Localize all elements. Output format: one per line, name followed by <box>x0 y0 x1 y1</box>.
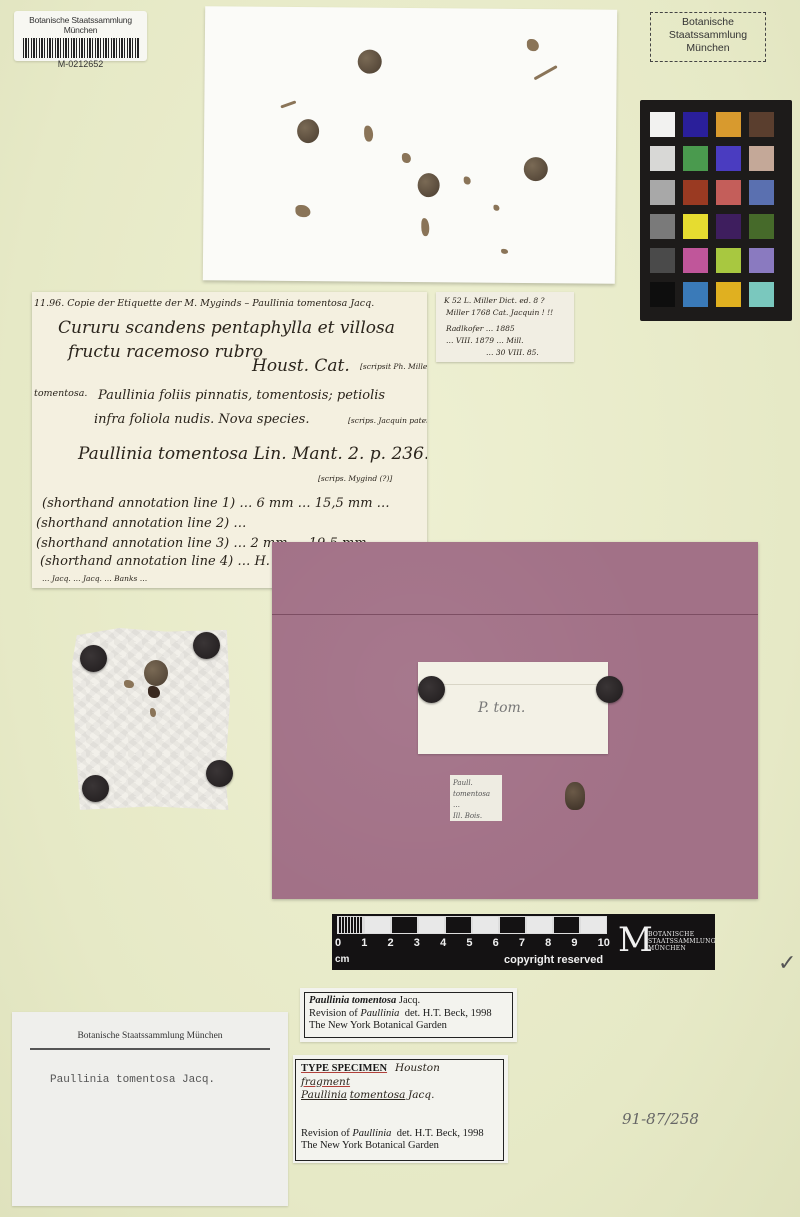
copyright-notice: copyright reserved <box>504 954 603 966</box>
color-calibration-chart <box>640 100 792 321</box>
tick-label: 7 <box>519 937 525 949</box>
mounting-dot <box>80 645 107 672</box>
tiny-label-line: … <box>453 800 499 811</box>
color-swatch <box>650 214 675 239</box>
color-swatch <box>716 146 741 171</box>
fragment <box>295 205 310 217</box>
color-swatch <box>683 146 708 171</box>
mounting-dot <box>418 676 445 703</box>
type-revision-line: Revision of Paullinia det. H.T. Beck, 19… <box>301 1128 498 1141</box>
label-line: tomentosa. <box>34 388 87 399</box>
mounting-dot <box>596 676 623 703</box>
fragment <box>150 708 156 717</box>
packet-annotation: P. tom. <box>478 700 525 716</box>
tick-label: 0 <box>335 937 341 949</box>
color-swatch <box>650 180 675 205</box>
tick-label: 1 <box>361 937 367 949</box>
label-line: … Jacq. … Jacq. … Banks … <box>42 574 147 583</box>
fragment-envelope: P. tom. Paull. tomentosa … Ill. Bois. <box>272 542 758 899</box>
catalog-number: M-0212652 <box>14 59 147 69</box>
fruit-specimen-card <box>203 6 617 284</box>
color-swatch <box>716 214 741 239</box>
det-revision-line: Revision of Paullinia det. H.T. Beck, 19… <box>309 1008 508 1021</box>
folded-paper-packet: P. tom. <box>418 662 608 754</box>
color-swatch <box>749 112 774 137</box>
tiny-label-line: Paull. tomentosa <box>453 778 499 800</box>
ruler-unit: cm <box>335 954 349 965</box>
label-line: [scrips. Mygind (?)] <box>318 474 392 483</box>
barcode-label: Botanische Staatssammlung München M-0212… <box>14 11 147 61</box>
mounting-dot <box>82 775 109 802</box>
small-handwritten-note: K 52 L. Miller Dict. ed. 8 ? Miller 1768… <box>436 292 574 362</box>
fragment <box>527 39 539 51</box>
bsm-taxon-name: Paullinia tomentosa Jacq. <box>50 1074 215 1086</box>
fruit <box>297 119 319 143</box>
color-swatch <box>650 282 675 307</box>
fragment <box>501 249 508 254</box>
twig-fragment <box>280 100 296 108</box>
type-specimen-label: TYPE SPECIMEN Houston fragment Paullinia… <box>293 1055 508 1163</box>
stamp-line: Staatssammlung <box>651 29 765 42</box>
fragment <box>124 680 134 688</box>
tiny-annotation-label: Paull. tomentosa … Ill. Bois. <box>450 775 502 821</box>
fragment <box>421 218 429 236</box>
label-line: Paullinia foliis pinnatis, tomentosis; p… <box>98 388 385 403</box>
color-swatch <box>650 112 675 137</box>
label-line: (shorthand annotation line 1) … 6 mm … 1… <box>42 496 390 511</box>
label-line: Cururu scandens pentaphylla et villosa <box>58 318 395 338</box>
note-line: K 52 L. Miller Dict. ed. 8 ? <box>444 296 545 305</box>
bsm-logo-text: BOTANISCHE STAATSSAMMLUNG MÜNCHEN <box>648 931 716 952</box>
bsm-herbarium-label: Botanische Staatssammlung München Paulli… <box>12 1012 288 1206</box>
color-swatch <box>650 248 675 273</box>
det-institution: The New York Botanical Garden <box>309 1020 508 1033</box>
fragment <box>402 153 411 163</box>
tiny-label-line: Ill. Bois. <box>453 811 499 822</box>
institution-stamp: Botanische Staatssammlung München <box>650 12 766 62</box>
label-line: [scripsit Ph. Miller] <box>360 362 427 371</box>
label-line: [scrips. Jacquin pater] <box>348 416 427 425</box>
fragment <box>493 205 499 211</box>
mounting-dot <box>206 760 233 787</box>
color-swatch <box>716 282 741 307</box>
color-swatch <box>716 180 741 205</box>
label-line: Houst. Cat. <box>252 356 350 376</box>
det-taxon-line: Paullinia tomentosa Jacq. <box>309 995 508 1008</box>
type-taxon-line: Paullinia tomentosa Jacq. <box>301 1089 498 1103</box>
barcode-icon <box>23 38 139 58</box>
color-swatch <box>749 214 774 239</box>
fruit <box>418 173 440 197</box>
twig-fragment <box>534 65 558 80</box>
tick-label: 9 <box>571 937 577 949</box>
color-swatch <box>749 248 774 273</box>
determination-label: Paullinia tomentosa Jacq. Revision of Pa… <box>300 988 517 1042</box>
fruit-fragment <box>144 660 168 686</box>
fragment <box>148 686 160 698</box>
tick-label: 6 <box>493 937 499 949</box>
ruler-blocks <box>337 916 607 934</box>
fruit <box>358 50 382 74</box>
label-line: 11.96. Copie der Etiquette der M. Mygind… <box>34 298 374 309</box>
color-swatch <box>716 248 741 273</box>
fragment <box>364 126 373 142</box>
color-swatch <box>650 146 675 171</box>
color-swatch <box>683 214 708 239</box>
label-line: (shorthand annotation line 2) … <box>36 516 246 531</box>
label-line: Paullinia tomentosa Lin. Mant. 2. p. 236… <box>78 444 427 464</box>
paper-fold <box>418 684 608 685</box>
tick-label: 10 <box>598 937 610 949</box>
type-institution: The New York Botanical Garden <box>301 1140 498 1153</box>
accession-number: 91-87/258 <box>622 1110 699 1128</box>
type-status-line: fragment <box>301 1076 498 1090</box>
barcode-institution: Botanische Staatssammlung München <box>14 15 147 35</box>
tick-label: 8 <box>545 937 551 949</box>
color-swatch <box>683 282 708 307</box>
color-swatch <box>749 146 774 171</box>
label-line: infra foliola nudis. Nova species. <box>94 412 309 427</box>
note-line: … VIII. 1879 … Mill. <box>446 336 524 345</box>
seed-specimen <box>565 782 585 810</box>
color-swatch <box>683 248 708 273</box>
type-title-line: TYPE SPECIMEN Houston <box>301 1062 498 1076</box>
fragment <box>464 176 471 184</box>
envelope-flap <box>272 614 758 615</box>
tick-label: 2 <box>388 937 394 949</box>
header-divider <box>30 1048 270 1050</box>
color-swatch <box>683 180 708 205</box>
stamp-line: Botanische <box>651 16 765 29</box>
note-line: … 30 VIII. 85. <box>486 348 539 357</box>
label-line: fructu racemoso rubro <box>68 342 263 362</box>
color-swatch <box>683 112 708 137</box>
tick-label: 4 <box>440 937 446 949</box>
checkmark-icon: ✓ <box>778 950 796 976</box>
ruler-tick-labels: 0 1 2 3 4 5 6 7 8 9 10 <box>335 937 610 949</box>
color-swatch <box>749 282 774 307</box>
note-line: Miller 1768 Cat. Jacquin ! !! <box>446 308 553 317</box>
bsm-label-header: Botanische Staatssammlung München <box>12 1031 288 1041</box>
tick-label: 3 <box>414 937 420 949</box>
color-swatch <box>749 180 774 205</box>
scale-ruler: 0 1 2 3 4 5 6 7 8 9 10 cm copyright rese… <box>332 914 715 970</box>
fruit <box>524 157 548 181</box>
note-line: Radlkofer … 1885 <box>446 324 515 333</box>
color-swatch <box>716 112 741 137</box>
mounting-dot <box>193 632 220 659</box>
tick-label: 5 <box>466 937 472 949</box>
stamp-line: München <box>651 42 765 55</box>
